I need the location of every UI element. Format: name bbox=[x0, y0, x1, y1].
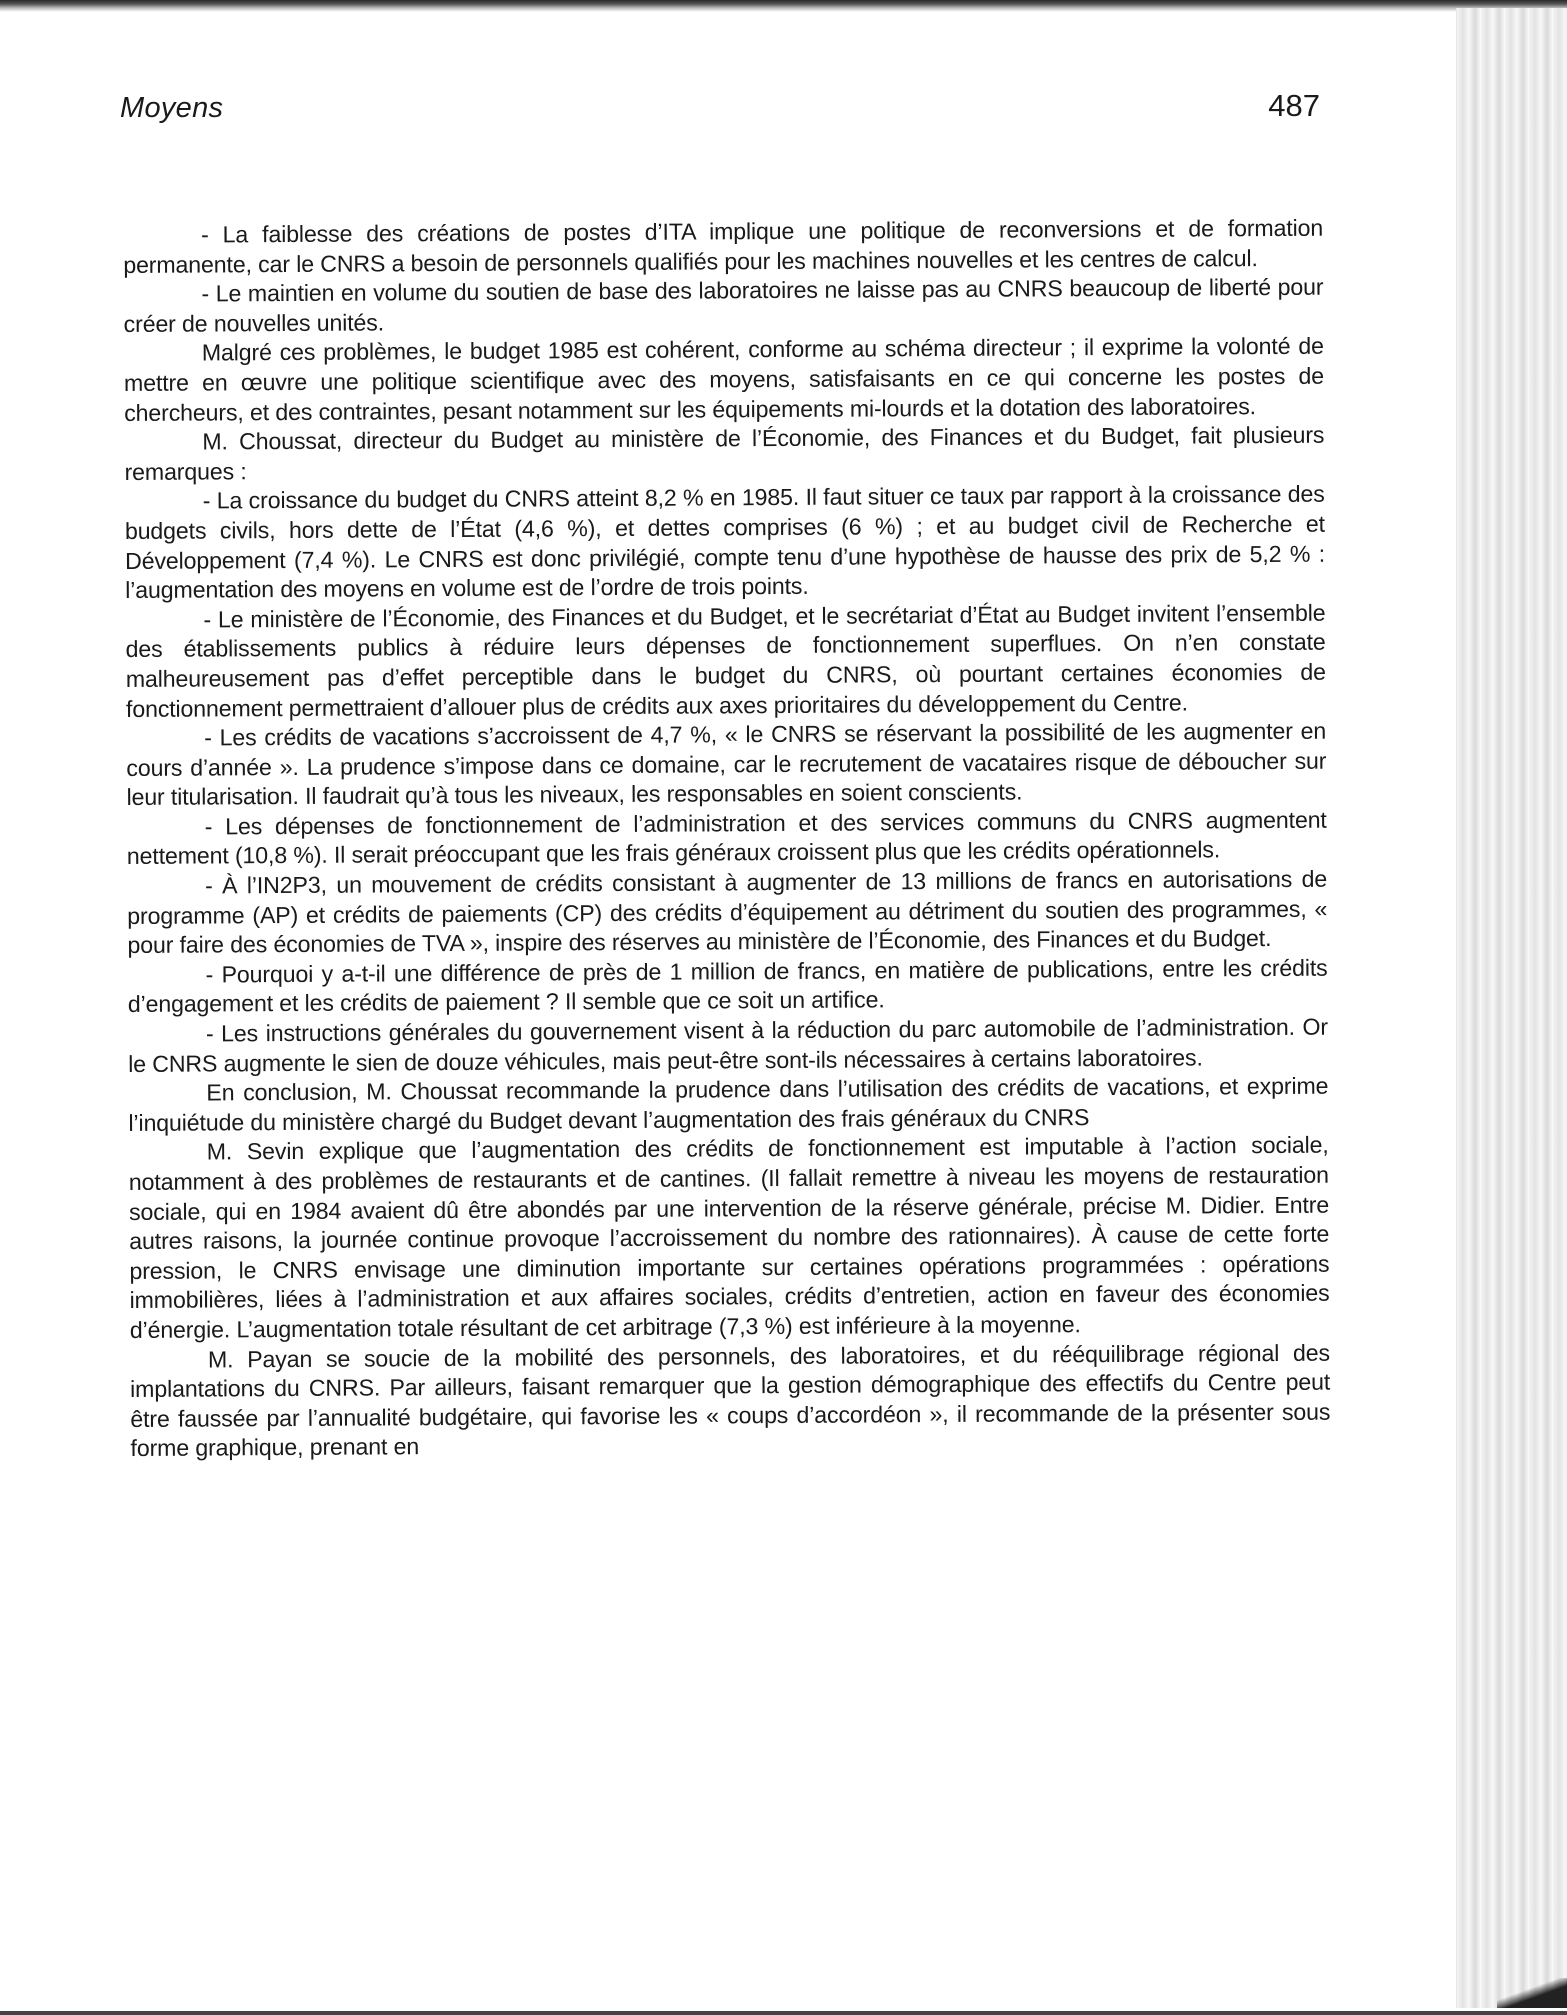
paragraph: - Le ministère de l’Économie, des Financ… bbox=[125, 598, 1326, 724]
paragraph: - Les crédits de vacations s’accroissent… bbox=[126, 717, 1327, 813]
paragraph: M. Choussat, directeur du Budget au mini… bbox=[124, 421, 1324, 488]
running-header: Moyens 487 bbox=[120, 92, 1320, 132]
paragraph: - Pourquoi y a-t-il une différence de pr… bbox=[128, 953, 1328, 1020]
paragraph: Malgré ces problèmes, le budget 1985 est… bbox=[124, 332, 1325, 428]
paragraph: - Le maintien en volume du soutien de ba… bbox=[123, 273, 1323, 340]
paragraph: M. Payan se soucie de la mobilité des pe… bbox=[130, 1338, 1331, 1464]
page-corner-shadow bbox=[1497, 1978, 1567, 2008]
paragraph: - Les dépenses de fonctionnement de l’ad… bbox=[127, 806, 1327, 873]
paragraph: - La faiblesse des créations de postes d… bbox=[123, 214, 1323, 281]
paragraph: En conclusion, M. Choussat recommande la… bbox=[128, 1072, 1328, 1139]
paragraph: - À l’IN2P3, un mouvement de crédits con… bbox=[127, 865, 1328, 961]
paragraph: - Les instructions générales du gouverne… bbox=[128, 1013, 1328, 1080]
running-title: Moyens bbox=[120, 92, 223, 125]
page-number: 487 bbox=[1268, 88, 1320, 124]
page-top-edge bbox=[0, 0, 1567, 12]
body-text: - La faiblesse des créations de postes d… bbox=[123, 214, 1331, 1464]
page-bottom-edge bbox=[0, 2011, 1567, 2015]
book-page-stack bbox=[1456, 8, 1567, 2008]
paragraph: - La croissance du budget du CNRS attein… bbox=[125, 480, 1326, 606]
paragraph: M. Sevin explique que l’augmentation des… bbox=[129, 1131, 1330, 1345]
